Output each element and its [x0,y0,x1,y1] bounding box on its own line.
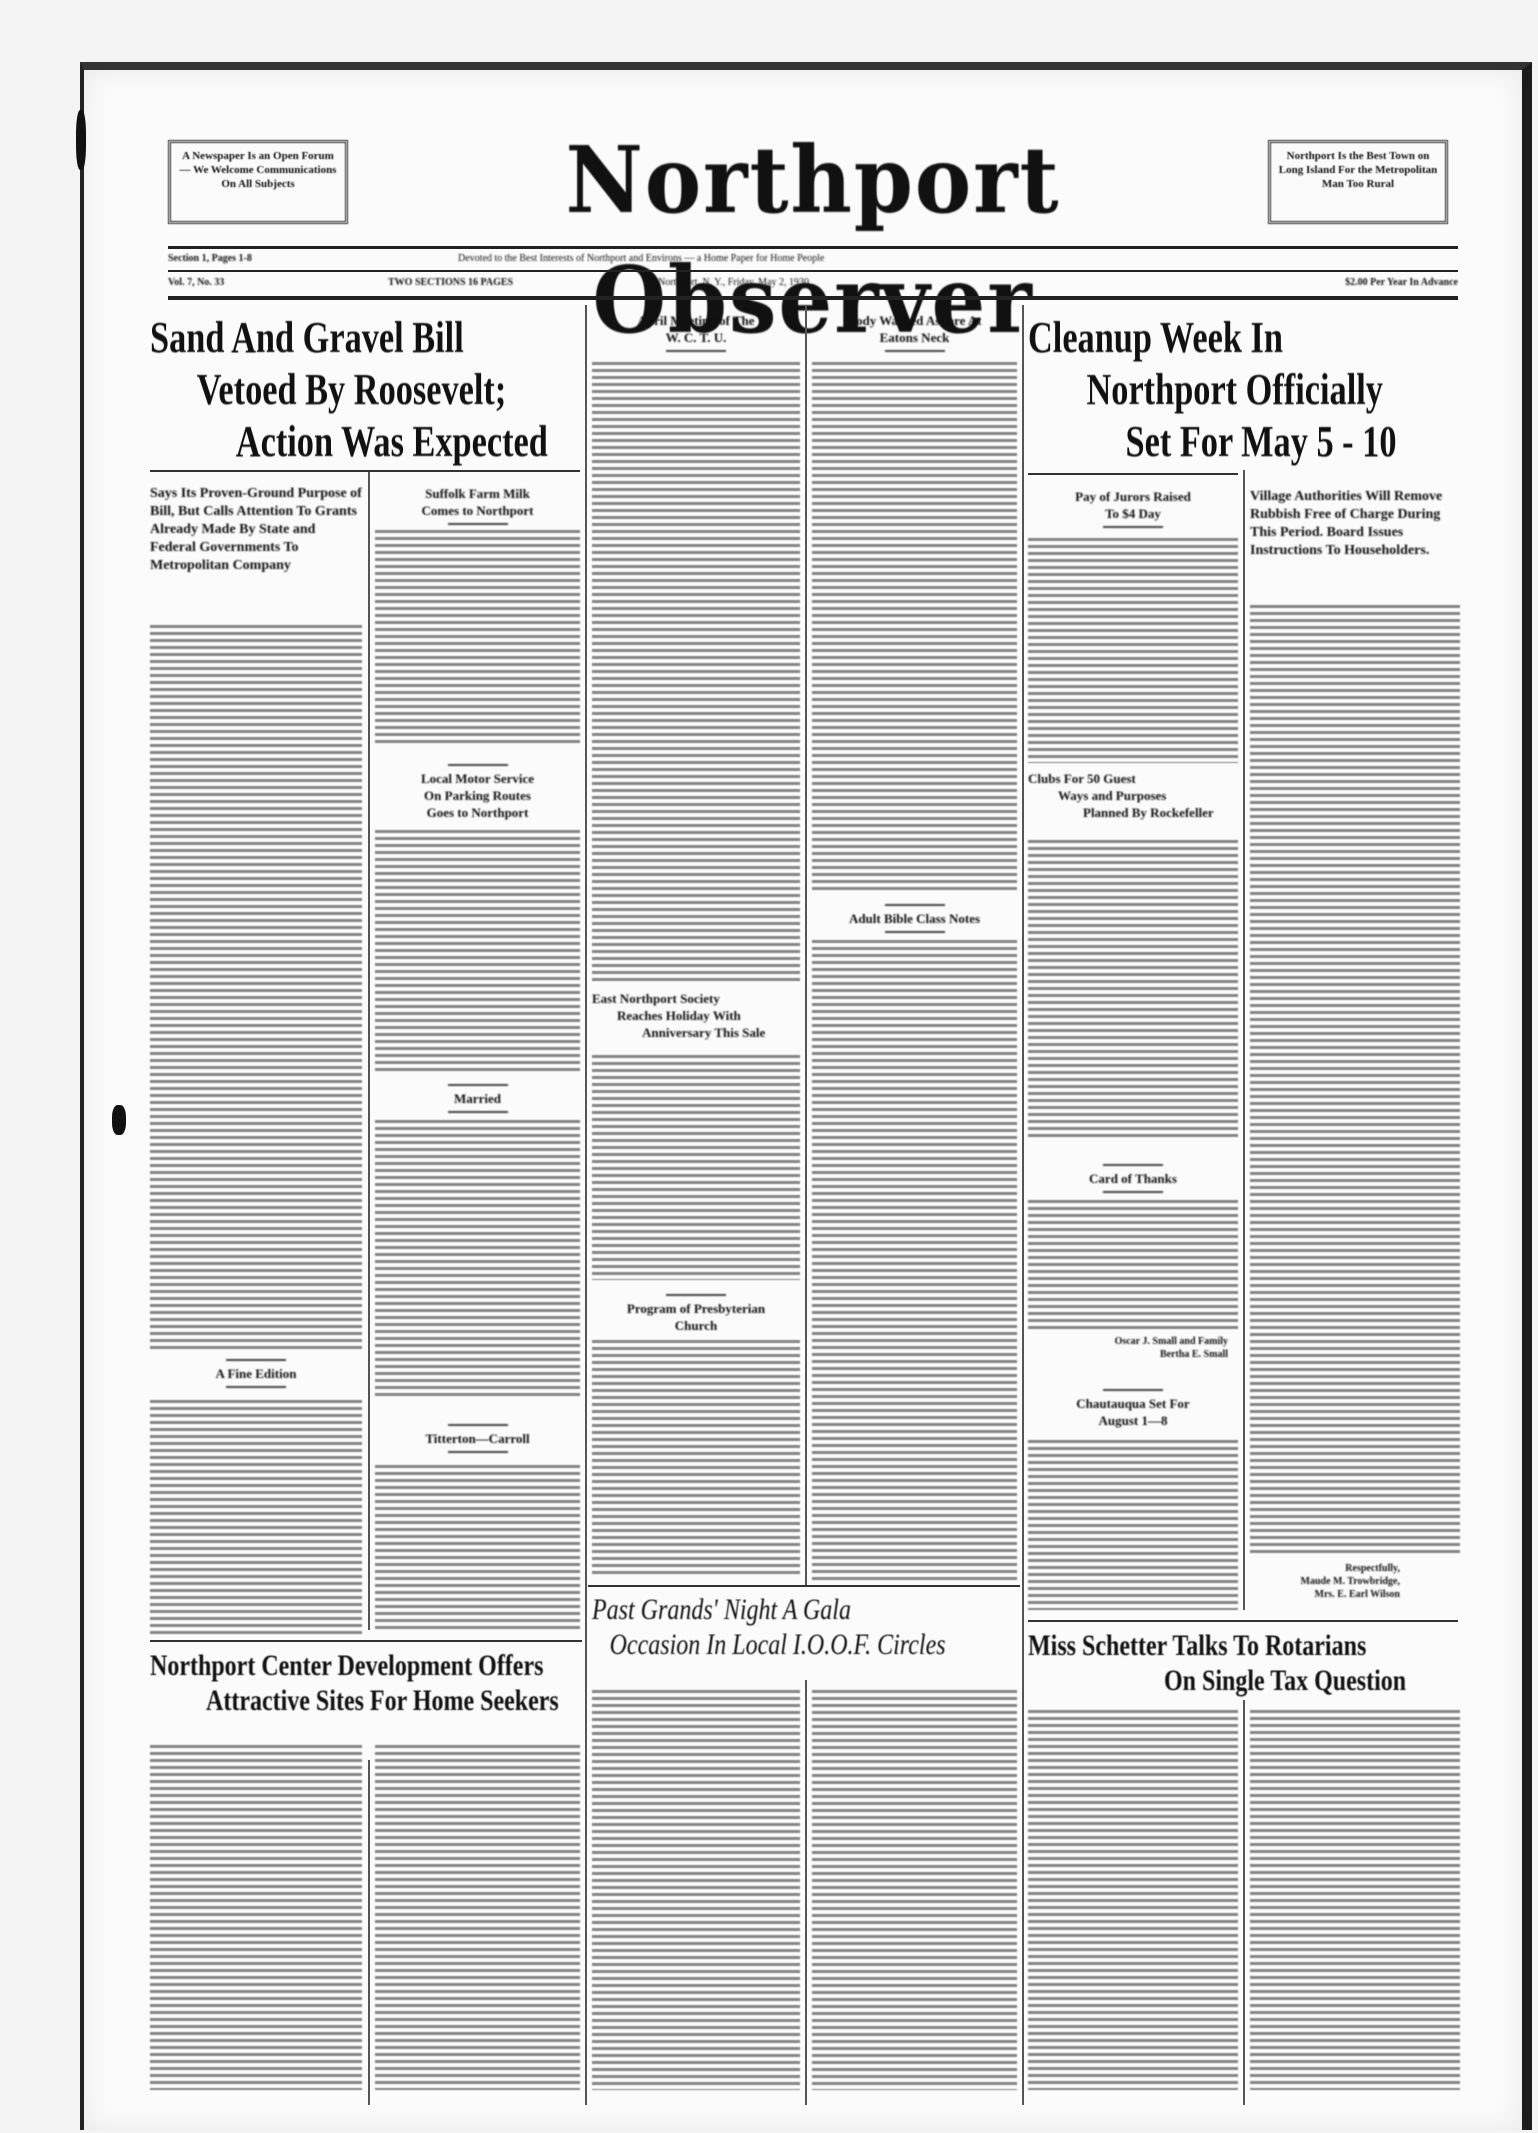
article-body-northport-center-2 [375,1745,580,2090]
article-body-clubs-gas [1028,840,1238,1140]
masthead-rule-bottom [168,296,1458,300]
folio-line-1: Section 1, Pages 1-8 Devoted to the Best… [168,250,1458,268]
masthead: A Newspaper Is an Open Forum — We Welcom… [88,60,1378,230]
column-rule-bottom-1 [368,1760,370,2105]
article-body-chautauqua [1028,1440,1238,1610]
article-body-wctu [592,362,800,982]
letter-signature: Respectfully, Maude M. Trowbridge, Mrs. … [1250,1562,1400,1601]
article-body-miss-schetter-2 [1250,1710,1460,2090]
rule-under-sand-gravel [150,470,580,472]
article-body-fine-edition [150,1400,362,1635]
left-ear-box: A Newspaper Is an Open Forum — We Welcom… [168,140,348,224]
scan-artifact-mark [76,110,86,170]
subhead-presbyterian: Program of Presbyterian Church [592,1290,800,1334]
masthead-rule-mid [168,270,1458,272]
article-body-local-motor [375,830,580,1075]
subhead-east-northport: East Northport Society Reaches Holiday W… [592,990,800,1041]
article-body-body-washed [812,362,1017,892]
article-body-northport-center-1 [150,1745,362,2090]
column-rule-3 [805,305,807,1585]
subhead-pay-jurors: Pay of Jurors Raised To $4 Day [1028,488,1238,532]
rule-above-miss-schetter [1028,1620,1458,1622]
folio-price: $2.00 Per Year In Advance [1345,274,1458,292]
article-body-past-grands-1 [592,1690,800,2090]
subhead-clubs-gas: Clubs For 50 Guest Ways and Purposes Pla… [1028,770,1238,821]
subhead-fine-edition: A Fine Edition [150,1355,362,1392]
article-body-sand-gravel [150,625,362,1350]
article-body-cleanup-week [1250,605,1460,1555]
rule-above-past-grands [588,1585,1020,1587]
column-rule-bottom-2 [805,1680,807,2105]
headline-northport-center: Northport Center Development Offers Attr… [150,1648,582,1719]
subhead-suffolk-farm: Suffolk Farm Milk Comes to Northport [375,485,580,529]
subhead-local-motor: Local Motor Service On Parking Routes Go… [375,760,580,821]
subhead-wctu: April Meeting of The W. C. T. U. [592,312,800,356]
column-rule-1 [368,470,370,1630]
article-body-wedding [375,1465,580,1630]
folio-line-2: Vol. 7, No. 33 TWO SECTIONS 16 PAGES Nor… [168,274,1458,292]
subhead-chautauqua: Chautauqua Set For August 1—8 [1028,1385,1238,1429]
subhead-adult-bible: Adult Bible Class Notes [812,900,1017,937]
article-body-past-grands-2 [812,1690,1017,2090]
subhead-married: Married [375,1080,580,1117]
column-rule-4 [1022,305,1024,2105]
column-rule-5 [1243,470,1245,1610]
column-rule-2 [585,305,587,2105]
subhead-card-thanks: Card of Thanks [1028,1160,1238,1197]
headline-miss-schetter: Miss Schetter Talks To Rotarians On Sing… [1028,1628,1460,1699]
article-body-east-northport [592,1055,800,1280]
masthead-rule-top [168,246,1458,249]
article-body-presbyterian [592,1340,800,1575]
article-body-married [375,1120,580,1400]
folio-volume: Vol. 7, No. 33 [168,274,224,292]
article-body-card-thanks [1028,1200,1238,1330]
folio-motto: Devoted to the Best Interests of Northpo… [458,250,824,268]
rule-above-northport-center [150,1640,582,1642]
card-thanks-signature: Oscar J. Small and Family Bertha E. Smal… [1028,1335,1228,1361]
subhead-body-washed: Body Washed Ashore At Eatons Neck [812,312,1017,356]
headline-sand-gravel: Sand And Gravel Bill Vetoed By Roosevelt… [150,312,587,468]
folio-dateline: Northport, N. Y., Friday, May 2, 1930 [658,274,809,292]
column-rule-bottom-3 [1243,1700,1245,2105]
scan-artifact-mark [112,1105,126,1135]
right-ear-box: Northport Is the Best Town on Long Islan… [1268,140,1448,224]
deck-sand-gravel: Says Its Proven-Ground Purpose of Bill, … [150,485,362,575]
subhead-wedding: Titterton—Carroll [375,1420,580,1457]
headline-cleanup-week: Cleanup Week In Northport Officially Set… [1028,312,1465,468]
article-body-miss-schetter-1 [1028,1710,1238,2090]
rule-under-cleanup-week [1028,473,1238,475]
folio-section: Section 1, Pages 1-8 [168,250,252,268]
article-body-suffolk-farm [375,530,580,745]
article-body-pay-jurors [1028,538,1238,763]
headline-past-grands: Past Grands' Night A Gala Occasion In Lo… [592,1592,1024,1663]
deck-cleanup-week: Village Authorities Will Remove Rubbish … [1250,488,1460,560]
nameplate-title: Northport Observer [404,120,1223,240]
folio-pages: TWO SECTIONS 16 PAGES [388,274,513,292]
article-body-adult-bible [812,940,1017,1580]
